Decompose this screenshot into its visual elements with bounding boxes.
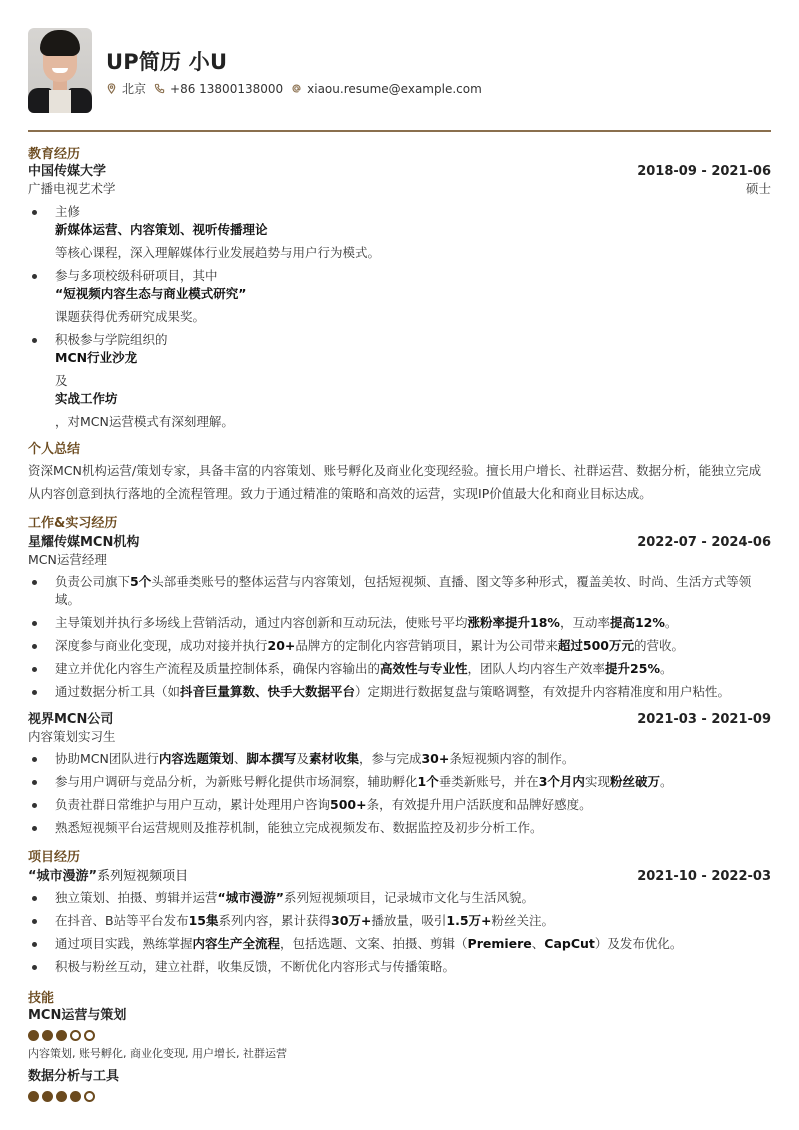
section-title: 技能	[28, 990, 771, 1007]
list-item: 负责社群日常维护与用户互动，累计处理用户咨询500+条，有效提升用户活跃度和品牌…	[28, 796, 771, 814]
list-item: 主修 新媒体运营、内容策划、视听传播理论 等核心课程，深入理解媒体行业发展趋势与…	[28, 203, 771, 262]
filled-dot-icon	[42, 1030, 53, 1041]
project-bullets: 独立策划、拍摄、剪辑并运营“城市漫游”系列短视频项目，记录城市文化与生活风貌。在…	[28, 889, 771, 976]
phone-text: +86 13800138000	[170, 82, 283, 96]
projects-section: 项目经历 “城市漫游”系列短视频项目 2021-10 - 2022-03 独立策…	[28, 849, 771, 976]
candidate-name: UP简历 小U	[106, 46, 227, 76]
list-item: 通过项目实践，熟练掌握内容生产全流程，包括选题、文案、拍摄、剪辑（Premier…	[28, 935, 771, 953]
job-date: 2022-07 - 2024-06	[637, 534, 771, 551]
section-title: 个人总结	[28, 441, 771, 458]
skill-entry: MCN运营与策划 内容策划, 账号孵化, 商业化变现, 用户增长, 社群运营	[28, 1007, 771, 1062]
company-name: 视界MCN公司	[28, 711, 113, 728]
list-item: 独立策划、拍摄、剪辑并运营“城市漫游”系列短视频项目，记录城市文化与生活风貌。	[28, 889, 771, 907]
list-item: 负责公司旗下5个头部垂类账号的整体运营与内容策划，包括短视频、直播、图文等多种形…	[28, 573, 771, 609]
list-item: 建立并优化内容生产流程及质量控制体系，确保内容输出的高效性与专业性，团队人均内容…	[28, 660, 771, 678]
list-item: 积极与粉丝互动，建立社群，收集反馈，不断优化内容形式与传播策略。	[28, 958, 771, 976]
filled-dot-icon	[56, 1091, 67, 1102]
resume-header: UP简历 小U 北京 +86 13800138000 xiaou.resume@…	[28, 0, 771, 131]
phone-icon	[154, 83, 165, 94]
job-bullets: 负责公司旗下5个头部垂类账号的整体运营与内容策划，包括短视频、直播、图文等多种形…	[28, 573, 771, 701]
resume-page: UP简历 小U 北京 +86 13800138000 xiaou.resume@…	[0, 0, 799, 1130]
contact-phone: +86 13800138000	[154, 82, 283, 96]
job-role: 内容策划实习生	[28, 728, 771, 745]
project-name: “城市漫游”系列短视频项目	[28, 868, 188, 885]
location-text: 北京	[122, 80, 146, 97]
location-pin-icon	[106, 83, 117, 94]
job-role: MCN运营经理	[28, 551, 771, 568]
empty-dot-icon	[70, 1030, 81, 1041]
summary-text: 资深MCN机构运营/策划专家，具备丰富的内容策划、账号孵化及商业化变现经验。擅长…	[28, 459, 771, 505]
list-item: 参与用户调研与竞品分析，为新账号孵化提供市场洞察，辅助孵化1个垂类新账号，并在3…	[28, 773, 771, 791]
major: 广播电视艺术学	[28, 180, 116, 197]
empty-dot-icon	[84, 1091, 95, 1102]
project-date: 2021-10 - 2022-03	[637, 868, 771, 885]
list-item: 深度参与商业化变现，成功对接并执行20+品牌方的定制化内容营销项目，累计为公司带…	[28, 637, 771, 655]
section-title: 工作&实习经历	[28, 515, 771, 532]
skills-section: 技能 MCN运营与策划 内容策划, 账号孵化, 商业化变现, 用户增长, 社群运…	[28, 990, 771, 1102]
filled-dot-icon	[28, 1091, 39, 1102]
list-item: 参与多项校级科研项目，其中 “短视频内容生态与商业模式研究” 课题获得优秀研究成…	[28, 267, 771, 326]
job-entry: 星耀传媒MCN机构 2022-07 - 2024-06 MCN运营经理 负责公司…	[28, 534, 771, 701]
email-text: xiaou.resume@example.com	[307, 82, 482, 96]
list-item: 协助MCN团队进行内容选题策划、脚本撰写及素材收集，参与完成30+条短视频内容的…	[28, 750, 771, 768]
job-entry: 视界MCN公司 2021-03 - 2021-09 内容策划实习生 协助MCN团…	[28, 711, 771, 837]
filled-dot-icon	[42, 1091, 53, 1102]
list-item: 积极参与学院组织的 MCN行业沙龙 及 实战工作坊 ，对MCN运营模式有深刻理解…	[28, 331, 771, 431]
job-bullets: 协助MCN团队进行内容选题策划、脚本撰写及素材收集，参与完成30+条短视频内容的…	[28, 750, 771, 837]
summary-section: 个人总结 资深MCN机构运营/策划专家，具备丰富的内容策划、账号孵化及商业化变现…	[28, 441, 771, 505]
school-name: 中国传媒大学	[28, 163, 106, 180]
list-item: 熟悉短视频平台运营规则及推荐机制，能独立完成视频发布、数据监控及初步分析工作。	[28, 819, 771, 837]
project-entry: “城市漫游”系列短视频项目 2021-10 - 2022-03 独立策划、拍摄、…	[28, 868, 771, 976]
section-title: 项目经历	[28, 849, 771, 866]
skill-level	[28, 1030, 771, 1041]
contact-location: 北京	[106, 80, 146, 97]
contact-info: 北京 +86 13800138000 xiaou.resume@example.…	[106, 80, 482, 97]
list-item: 通过数据分析工具（如抖音巨量算数、快手大数据平台）定期进行数据复盘与策略调整，有…	[28, 683, 771, 701]
list-item: 在抖音、B站等平台发布15集系列内容，累计获得30万+播放量，吸引1.5万+粉丝…	[28, 912, 771, 930]
skill-entry: 数据分析与工具	[28, 1068, 771, 1102]
skill-level	[28, 1091, 771, 1102]
education-bullets: 主修 新媒体运营、内容策划、视听传播理论 等核心课程，深入理解媒体行业发展趋势与…	[28, 203, 771, 431]
section-title: 教育经历	[28, 146, 771, 163]
contact-email: xiaou.resume@example.com	[291, 82, 482, 96]
filled-dot-icon	[56, 1030, 67, 1041]
filled-dot-icon	[28, 1030, 39, 1041]
job-date: 2021-03 - 2021-09	[637, 711, 771, 728]
list-item: 主导策划并执行多场线上营销活动，通过内容创新和互动玩法，使账号平均涨粉率提升18…	[28, 614, 771, 632]
education-section: 教育经历 中国传媒大学 2018-09 - 2021-06 广播电视艺术学 硕士…	[28, 146, 771, 431]
skill-name: 数据分析与工具	[28, 1068, 771, 1085]
work-section: 工作&实习经历 星耀传媒MCN机构 2022-07 - 2024-06 MCN运…	[28, 515, 771, 837]
header-divider	[28, 130, 771, 132]
skill-tags: 内容策划, 账号孵化, 商业化变现, 用户增长, 社群运营	[28, 1046, 771, 1062]
filled-dot-icon	[70, 1091, 81, 1102]
skill-name: MCN运营与策划	[28, 1007, 771, 1024]
company-name: 星耀传媒MCN机构	[28, 534, 139, 551]
degree: 硕士	[746, 180, 771, 197]
at-sign-icon	[291, 83, 302, 94]
empty-dot-icon	[84, 1030, 95, 1041]
profile-photo	[28, 28, 92, 113]
education-date: 2018-09 - 2021-06	[637, 163, 771, 180]
